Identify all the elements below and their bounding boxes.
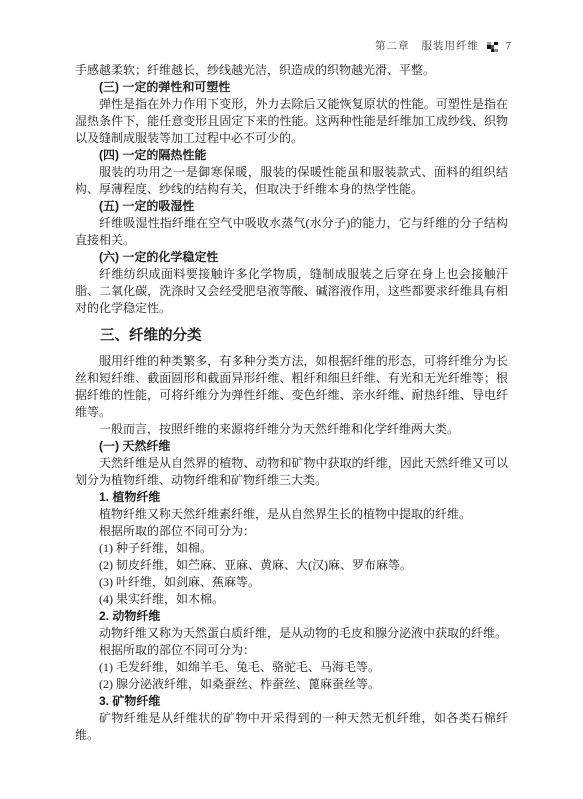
list-item: (4) 果实纤维，如木棉。 bbox=[75, 591, 508, 608]
chapter-label: 第二章 bbox=[375, 41, 410, 53]
list-item: (1) 种子纤维，如棉。 bbox=[75, 540, 508, 557]
list-item: (2) 腺分泌液纤维，如桑蚕丝、柞蚕丝、蓖麻蚕丝等。 bbox=[75, 676, 508, 693]
paragraph: 动物纤维又称为天然蛋白质纤维，是从动物的毛皮和腺分泌液中获取的纤维。 bbox=[75, 625, 508, 642]
sub-heading: (四) 一定的隔热性能 bbox=[75, 147, 508, 164]
paragraph: 植物纤维又称天然纤维素纤维，是从自然界生长的植物中提取的纤维。 bbox=[75, 506, 508, 523]
list-item: (2) 韧皮纤维，如苎麻、亚麻、黄麻、大(汉)麻、罗布麻等。 bbox=[75, 557, 508, 574]
numbered-heading: 1. 植物纤维 bbox=[75, 489, 508, 506]
paragraph: 手感越柔软；纤维越长，纱线越光洁，织造成的织物越光滑、平整。 bbox=[75, 62, 508, 79]
sub-heading: (一) 天然纤维 bbox=[75, 438, 508, 455]
numbered-heading: 3. 矿物纤维 bbox=[75, 693, 508, 710]
sub-heading: (三) 一定的弹性和可塑性 bbox=[75, 79, 508, 96]
text-body: 手感越柔软；纤维越长，纱线越光洁，织造成的织物越光滑、平整。 (三) 一定的弹性… bbox=[75, 62, 508, 744]
paragraph: 矿物纤维是从纤维状的矿物中开采得到的一种天然无机纤维，如各类石棉纤维。 bbox=[75, 710, 508, 744]
sub-heading: (六) 一定的化学稳定性 bbox=[75, 249, 508, 266]
numbered-heading: 2. 动物纤维 bbox=[75, 608, 508, 625]
running-header: 第二章 服装用纤维 7 bbox=[375, 41, 511, 53]
sub-heading: (五) 一定的吸湿性 bbox=[75, 198, 508, 215]
list-item: (3) 叶纤维，如剑麻、蕉麻等。 bbox=[75, 574, 508, 591]
paragraph: 弹性是指在外力作用下变形，外力去除后又能恢复原状的性能。可塑性是指在湿热条件下，… bbox=[75, 96, 508, 147]
paragraph: 一般而言，按照纤维的来源将纤维分为天然纤维和化学纤维两大类。 bbox=[75, 421, 508, 438]
book-page: 第二章 服装用纤维 7 手感越柔软；纤维越长，纱线越光洁，织造成的织物越光滑、平… bbox=[0, 0, 583, 799]
paragraph: 服用纤维的种类繁多，有多种分类方法，如根据纤维的形态，可将纤维分为长丝和短纤维、… bbox=[75, 353, 508, 421]
paragraph: 纤维纺织成面料要接触许多化学物质，缝制成服装之后穿在身上也会接触汗脂、二氧化碳，… bbox=[75, 266, 508, 317]
paragraph: 纤维吸湿性指纤维在空气中吸收水蒸气(水分子)的能力，它与纤维的分子结构直接相关。 bbox=[75, 215, 508, 249]
paragraph: 服装的功用之一是御寒保暖，服装的保暖性能虽和服装款式、面料的组织结构、厚薄程度、… bbox=[75, 164, 508, 198]
paragraph: 天然纤维是从自然界的植物、动物和矿物中获取的纤维，因此天然纤维又可以划分为植物纤… bbox=[75, 455, 508, 489]
paragraph: 根据所取的部位不同可分为： bbox=[75, 523, 508, 540]
list-item: (1) 毛发纤维，如绵羊毛、兔毛、骆驼毛、马海毛等。 bbox=[75, 659, 508, 676]
page-number: 7 bbox=[506, 41, 511, 53]
running-title: 服装用纤维 bbox=[421, 41, 479, 53]
checkered-page-marker-icon bbox=[487, 42, 498, 52]
paragraph: 根据所取的部位不同可分为： bbox=[75, 642, 508, 659]
section-heading: 三、纤维的分类 bbox=[75, 327, 508, 346]
